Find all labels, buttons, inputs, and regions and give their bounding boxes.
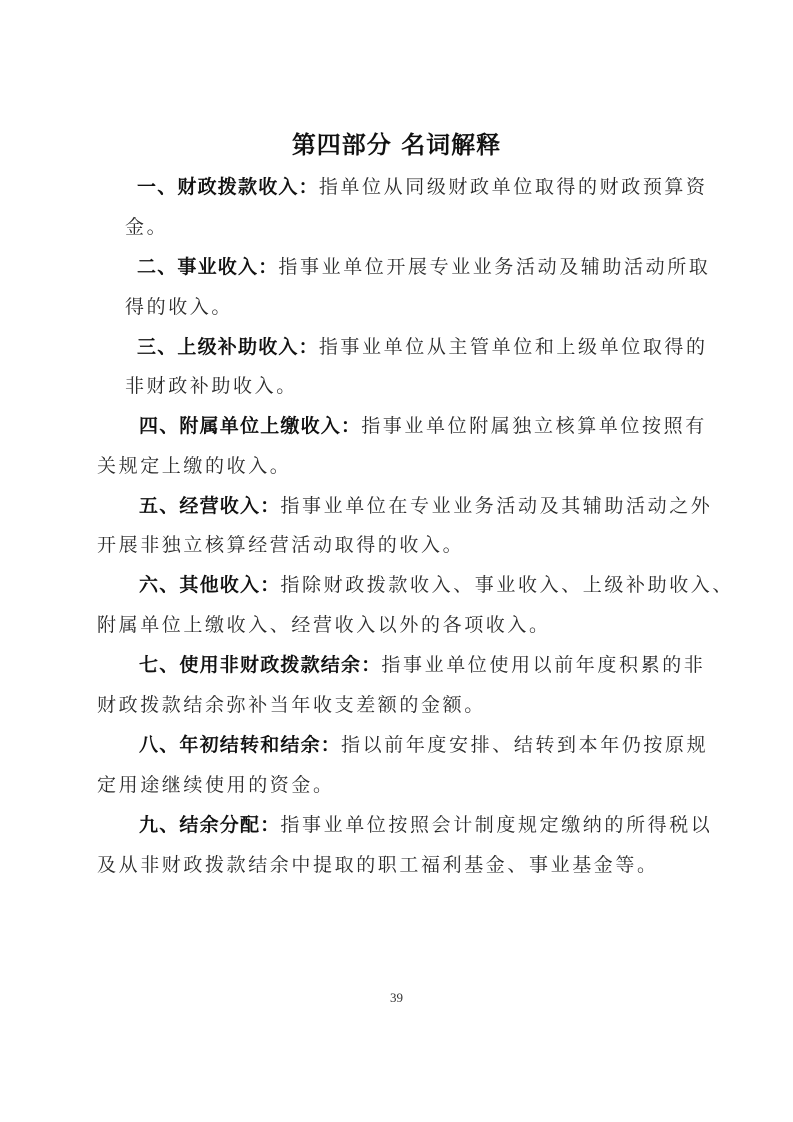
entry-3-definition: 指事业单位从主管单位和上级单位取得的 <box>319 336 708 358</box>
entry-2-term: 二、事业收入： <box>137 256 278 278</box>
entry-2-continuation: 得的收入。 <box>125 293 233 321</box>
entry-4-first-line: 四、附属单位上缴收入：指事业单位附属独立核算单位按照有 <box>139 412 707 440</box>
entry-6-definition: 指除财政拨款收入、事业收入、上级补助收入、 <box>280 574 734 596</box>
entry-8-continuation: 定用途继续使用的资金。 <box>97 771 335 799</box>
entry-1-first-line: 一、财政拨款收入：指单位从同级财政单位取得的财政预算资 <box>137 173 708 201</box>
entry-6-continuation: 附属单位上缴收入、经营收入以外的各项收入。 <box>97 611 551 639</box>
entry-5-continuation: 开展非独立核算经营活动取得的收入。 <box>97 531 464 559</box>
entry-8-first-line: 八、年初结转和结余：指以前年度安排、结转到本年仍按原规 <box>139 731 708 759</box>
entry-2-definition: 指事业单位开展专业业务活动及辅助活动所取 <box>278 256 710 278</box>
entry-7-first-line: 七、使用非财政拨款结余：指事业单位使用以前年度积累的非 <box>139 651 705 679</box>
entry-8-definition: 指以前年度安排、结转到本年仍按原规 <box>341 734 708 756</box>
entry-7-term: 七、使用非财政拨款结余： <box>139 654 381 676</box>
page-number: 39 <box>0 990 793 1006</box>
entry-5-term: 五、经营收入： <box>139 495 280 517</box>
entry-1-definition: 指单位从同级财政单位取得的财政预算资 <box>319 176 708 198</box>
entry-1-term: 一、财政拨款收入： <box>137 176 319 198</box>
entry-4-term: 四、附属单位上缴收入： <box>139 415 361 437</box>
entry-5-first-line: 五、经营收入：指事业单位在专业业务活动及其辅助活动之外 <box>139 492 712 520</box>
entry-3-first-line: 三、上级补助收入：指事业单位从主管单位和上级单位取得的 <box>137 333 708 361</box>
entry-4-definition: 指事业单位附属独立核算单位按照有 <box>361 415 707 437</box>
entry-2-first-line: 二、事业收入：指事业单位开展专业业务活动及辅助活动所取 <box>137 253 710 281</box>
entry-6-first-line: 六、其他收入：指除财政拨款收入、事业收入、上级补助收入、 <box>139 571 734 599</box>
entry-3-term: 三、上级补助收入： <box>137 336 319 358</box>
entry-7-definition: 指事业单位使用以前年度积累的非 <box>381 654 705 676</box>
entry-5-definition: 指事业单位在专业业务活动及其辅助活动之外 <box>280 495 712 517</box>
entry-8-term: 八、年初结转和结余： <box>139 734 341 756</box>
entry-6-term: 六、其他收入： <box>139 574 280 596</box>
entry-3-continuation: 非财政补助收入。 <box>125 372 298 400</box>
entry-9-first-line: 九、结余分配：指事业单位按照会计制度规定缴纳的所得税以 <box>139 811 712 839</box>
entry-1-continuation: 金。 <box>125 213 168 241</box>
entry-9-definition: 指事业单位按照会计制度规定缴纳的所得税以 <box>280 814 712 836</box>
entry-9-continuation: 及从非财政拨款结余中提取的职工福利基金、事业基金等。 <box>97 851 659 879</box>
entry-9-term: 九、结余分配： <box>139 814 280 836</box>
entry-4-continuation: 关规定上缴的收入。 <box>97 452 291 480</box>
page-title: 第四部分 名词解释 <box>0 128 793 162</box>
entry-7-continuation: 财政拨款结余弥补当年收支差额的金额。 <box>97 691 486 719</box>
